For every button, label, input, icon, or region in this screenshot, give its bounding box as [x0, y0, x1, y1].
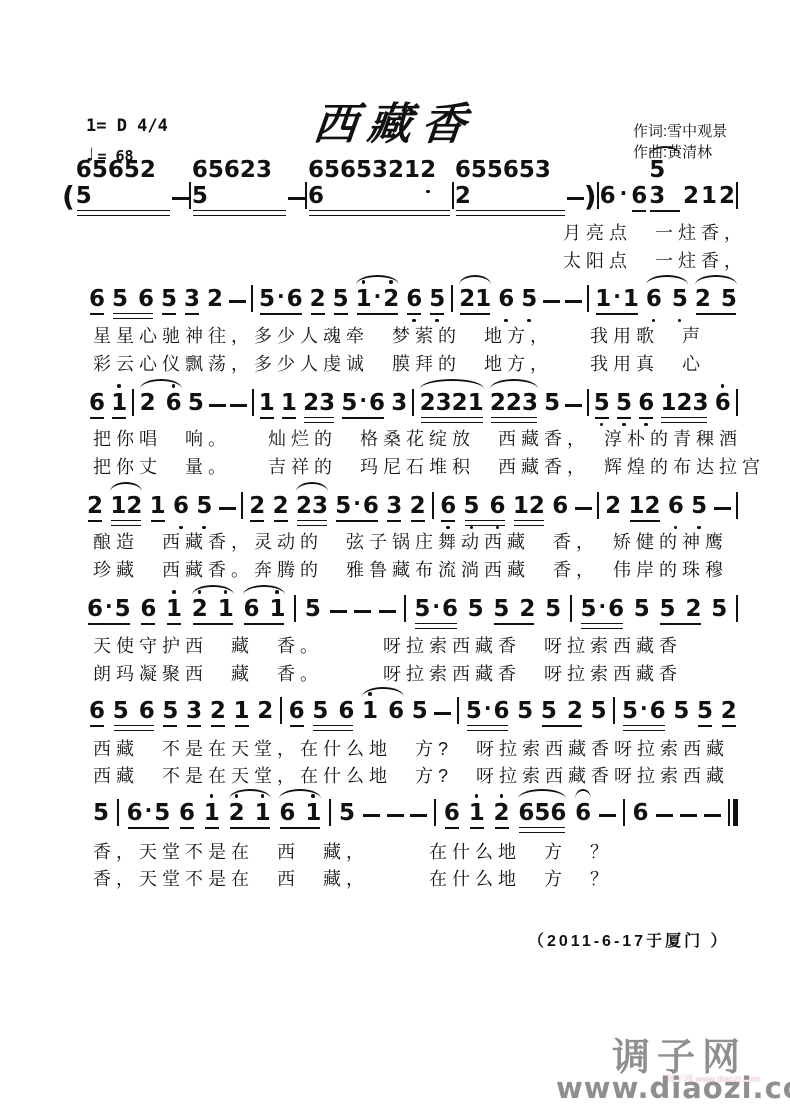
note-token: 23 [302, 390, 336, 416]
note-digit: 2 [683, 183, 699, 209]
note-token: 5 [92, 800, 110, 826]
sustain-dash [379, 610, 396, 613]
note-digit: 6 [369, 390, 385, 416]
note-digit: 5 [305, 596, 321, 622]
note-digit: 2 [249, 493, 265, 519]
note-token: 6 [497, 286, 515, 312]
note-digit: 5 [356, 157, 372, 183]
note-token: 3 [183, 286, 201, 312]
notation-line-7: 56·5612161561265666 [92, 798, 738, 826]
barline [280, 697, 282, 724]
note-digit: 1 [356, 286, 372, 312]
lyrics-line-2-verse-1: 星星心驰神往，多少人魂牵 梦萦的 地方， 我用歌 声 [93, 322, 705, 348]
note-digit: 6 [600, 183, 616, 209]
note-digit: 1 [255, 800, 271, 826]
note-digit: 2 [420, 390, 436, 416]
note-digit: 6 [608, 596, 624, 622]
note-digit: 6 [308, 157, 324, 183]
note-digit: 1 [623, 286, 639, 312]
note-digit: 3 [186, 698, 202, 724]
note-token: 2 [309, 286, 327, 312]
note-token: 6 [139, 596, 157, 622]
note-token: 5·6 [621, 698, 667, 724]
note-digit: 5 [487, 157, 503, 183]
sheet-music-page: { "header": { "title": "西藏香", "key_signa… [0, 0, 790, 1119]
note-digit: 1 [269, 596, 285, 622]
note-token: 1 [468, 800, 486, 826]
note-token: 5·6 [334, 493, 380, 519]
note-token: 6 [178, 800, 196, 826]
note-token: 2 [604, 493, 622, 519]
sustain-dash [219, 507, 236, 510]
date-annotation: （2011-6-17于厦门 ） [528, 928, 730, 951]
note-digit: 3 [256, 157, 272, 183]
note-token: 6 [599, 183, 617, 209]
note-token: 223 [489, 390, 539, 416]
note-digit: 3 [535, 157, 551, 183]
note-digit: 2 [383, 286, 399, 312]
note-digit: 2 [567, 698, 583, 724]
lyricist-credit: 作词:雪中观景 [633, 121, 727, 142]
barline [251, 285, 253, 312]
lyrics-line-1-verse-2: 太阳点 一炷香， [563, 247, 747, 273]
note-token: 6 [637, 390, 655, 416]
lyrics-line-4-verse-1: 酿造 西藏香，灵动的 弦子锅庄舞动西藏 香， 矫健的神鹰 [93, 528, 728, 554]
note-digit: 6 [89, 390, 105, 416]
note-token: 6·5 [126, 800, 172, 826]
note-digit: 5 [672, 286, 688, 312]
note-digit: 3 [692, 390, 708, 416]
note-digit: 6 [552, 493, 568, 519]
note-digit: 5 [697, 698, 713, 724]
dotted-note-dot: · [372, 283, 384, 309]
note-digit: 5 [112, 286, 128, 312]
note-token: 5·6 [579, 596, 625, 622]
note-digit: 6 [127, 800, 143, 826]
sustain-dash [230, 404, 247, 407]
note-token: 6 [172, 493, 190, 519]
barline [457, 697, 459, 724]
barline [736, 389, 738, 416]
note-digit: 6 [338, 698, 354, 724]
barline [597, 492, 599, 519]
note-digit: 5 [468, 596, 484, 622]
note-digit: 2 [455, 183, 471, 209]
note-digit: 1 [166, 596, 182, 622]
note-token: 3 [390, 390, 408, 416]
note-digit: 5 [534, 800, 550, 826]
sustain-dash [330, 610, 347, 613]
note-digit: 6 [89, 286, 105, 312]
note-digit: 1 [469, 800, 485, 826]
note-token: 52 [658, 596, 702, 622]
note-token: 6·5 [86, 596, 132, 622]
note-digit: 5 [339, 800, 355, 826]
note-digit: 6 [498, 286, 514, 312]
note-digit: 2 [310, 286, 326, 312]
note-digit: 1 [595, 286, 611, 312]
barline [587, 389, 589, 416]
note-digit: 1 [204, 800, 220, 826]
note-digit: 2 [506, 390, 522, 416]
note-digit: 1 [513, 493, 529, 519]
note-digit: 1 [362, 698, 378, 724]
note-token: 65 [645, 286, 689, 312]
note-token: 5 [428, 286, 446, 312]
note-digit: 5 [622, 698, 638, 724]
note-token: 2 [720, 698, 738, 724]
note-digit: 1 [305, 800, 321, 826]
note-digit: 2 [192, 596, 208, 622]
note-digit: 6 [668, 493, 684, 519]
note-token: 2 [86, 493, 104, 519]
note-digit: 6 [243, 596, 259, 622]
note-token: 656235 [191, 157, 288, 209]
note-digit: 5 [594, 390, 610, 416]
note-digit: 6 [279, 800, 295, 826]
note-digit: 5 [691, 493, 707, 519]
note-digit: 5 [312, 698, 328, 724]
sustain-dash [599, 814, 616, 817]
note-token: 6 [630, 183, 648, 209]
note-digit: 2 [229, 800, 245, 826]
note-digit: 2 [240, 157, 256, 183]
note-token: 5 [411, 698, 429, 724]
note-token: 6 [714, 390, 732, 416]
key-signature: 1= D 4/4 [86, 116, 168, 136]
barline [434, 799, 436, 826]
note-token: 5 [544, 596, 562, 622]
note-token: 5 [187, 390, 205, 416]
note-digit: 5 [466, 698, 482, 724]
note-token: 6 [405, 286, 423, 312]
note-token: 16 [361, 698, 405, 724]
lyrics-line-3-verse-2: 把你丈 量。 吉祥的 玛尼石堆积 西藏香， 辉煌的布达拉宫 [93, 453, 765, 479]
sustain-dash [387, 814, 404, 817]
note-digit: 5 [673, 698, 689, 724]
note-digit: 5 [208, 157, 224, 183]
note-digit: 6 [192, 157, 208, 183]
note-digit: 6 [166, 390, 182, 416]
note-digit: 5 [493, 596, 509, 622]
sustain-dash [229, 300, 246, 303]
barline [451, 285, 453, 312]
note-digit: 2 [140, 390, 156, 416]
note-digit: 6 [139, 698, 155, 724]
note-token: 6 [88, 286, 106, 312]
note-token: 2 [248, 493, 266, 519]
note-token: 5·6 [340, 390, 386, 416]
note-token: 5 [690, 493, 708, 519]
note-digit: 1 [475, 286, 491, 312]
note-token: 656 [517, 800, 567, 826]
note-token: 5 [332, 286, 350, 312]
note-digit: 5 [188, 390, 204, 416]
note-token: 2 [493, 800, 511, 826]
note-token: 21 [228, 800, 272, 826]
note-digit: 6 [224, 157, 240, 183]
note-digit: 5 [521, 286, 537, 312]
lyrics-line-4-verse-2: 珍藏 西藏香。奔腾的 雅鲁藏布流淌西藏 香， 伟岸的珠穆 [93, 556, 728, 582]
dotted-note-dot: · [482, 695, 494, 721]
dotted-note-dot: · [638, 695, 650, 721]
barline [404, 595, 406, 622]
note-digit: 6 [76, 157, 92, 183]
note-digit: 5 [580, 596, 596, 622]
intro-paren: ( [62, 184, 75, 209]
note-token: 6 [88, 390, 106, 416]
note-token: 5 [672, 698, 690, 724]
note-digit: 6 [173, 493, 189, 519]
note-digit: 5 [545, 596, 561, 622]
note-token: 2 [209, 698, 227, 724]
note-digit: 6 [179, 800, 195, 826]
lyrics-line-5-verse-2: 朗玛凝聚西 藏 香。 呀拉索西藏香 呀拉索西藏香 [93, 660, 682, 686]
note-token: 6 [632, 800, 650, 826]
note-digit: 1 [701, 183, 717, 209]
barline [329, 799, 331, 826]
note-digit: 1 [404, 157, 420, 183]
note-digit: 2 [410, 493, 426, 519]
note-digit: 6 [442, 596, 458, 622]
note-digit: 5 [541, 698, 557, 724]
note-digit: 2 [420, 157, 436, 183]
barline [132, 389, 134, 416]
note-token: 56 [311, 698, 355, 724]
watermark-site-url: www.diaozi.com [556, 1071, 790, 1105]
note-token: 5 [467, 596, 485, 622]
note-token: 6 [88, 698, 106, 724]
note-digit: 5 [517, 698, 533, 724]
note-token: 5 [195, 493, 213, 519]
dotted-note-dot: · [596, 593, 608, 619]
note-digit: 6 [444, 800, 460, 826]
note-digit: 3 [436, 390, 452, 416]
note-digit: 2 [695, 286, 711, 312]
sustain-dash [363, 814, 380, 817]
note-token: 5 [338, 800, 356, 826]
lyrics-line-6-verse-1: 西藏 不是在天堂，在什么地 方? 呀拉索西藏香呀拉索西藏 [93, 735, 729, 761]
note-digit: 2 [296, 493, 312, 519]
note-token: 5 [633, 596, 651, 622]
note-digit: 2 [303, 390, 319, 416]
note-token: 12 [512, 493, 546, 519]
note-token: 5 [696, 698, 714, 724]
note-digit: 5 [659, 596, 675, 622]
note-token: 21 [191, 596, 235, 622]
note-token: 6 [551, 493, 569, 519]
sustain-dash [543, 300, 560, 303]
note-digit: 3 [522, 390, 538, 416]
note-token: 5·6 [258, 286, 304, 312]
note-digit: 1 [259, 390, 275, 416]
note-token: 2 [718, 183, 736, 209]
note-digit: 3 [319, 390, 335, 416]
note-digit: 6 [493, 698, 509, 724]
dotted-note-dot: · [351, 490, 363, 516]
note-digit: 5 [93, 800, 109, 826]
note-digit: 5 [161, 286, 177, 312]
note-digit: 2 [721, 698, 737, 724]
note-digit: 2 [490, 390, 506, 416]
note-token: 5 [593, 390, 611, 416]
note-digit: 5 [616, 390, 632, 416]
notation-line-4: 21216522235·63265612621265 [86, 491, 738, 519]
note-digit: 2 [519, 596, 535, 622]
note-digit: 1 [234, 698, 250, 724]
note-token: 12 [109, 493, 143, 519]
note-digit: 5 [519, 157, 535, 183]
note-digit: 2 [605, 493, 621, 519]
note-token: 5 [516, 698, 534, 724]
note-digit: 2 [87, 493, 103, 519]
note-digit: 6 [638, 390, 654, 416]
note-token: 6 [439, 493, 457, 519]
sustain-dash [209, 404, 226, 407]
note-digit: 6 [108, 157, 124, 183]
note-digit: 2 [207, 286, 223, 312]
note-token: · [617, 183, 631, 209]
barline [252, 389, 254, 416]
note-digit: 6 [340, 157, 356, 183]
note-digit: 6 [550, 800, 566, 826]
lyrics-line-3-verse-1: 把你唱 响。 灿烂的 格桑花绽放 西藏香， 淳朴的青稞酒 [93, 425, 742, 451]
note-digit: 6 [363, 493, 379, 519]
note-token: 3 [385, 493, 403, 519]
note-digit: 6 [575, 800, 591, 826]
sustain-dash [714, 507, 731, 510]
note-digit: 2 [494, 800, 510, 826]
note-token: 53 [648, 157, 682, 209]
note-digit: 2 [210, 698, 226, 724]
barline [736, 492, 738, 519]
note-token: 2321 [419, 390, 485, 416]
note-digit: 6 [490, 493, 506, 519]
notation-line-5: 6·561216155·655255·65525 [86, 594, 738, 622]
sustain-dash [410, 814, 427, 817]
note-token: 123 [659, 390, 709, 416]
note-digit: 2 [645, 493, 661, 519]
note-digit: 3 [386, 493, 402, 519]
lyrics-line-2-verse-2: 彩云心仪飘荡，多少人虔诚 膜拜的 地方， 我用真 心 [93, 350, 705, 376]
note-token: 2 [256, 698, 274, 724]
note-token: 6 [443, 800, 461, 826]
note-digit: 6 [287, 286, 303, 312]
note-token: 5 [543, 390, 561, 416]
note-digit: 2 [388, 157, 404, 183]
note-token: 5 [520, 286, 538, 312]
sustain-dash [680, 814, 697, 817]
note-token: 1 [233, 698, 251, 724]
note-token: 1 [110, 390, 128, 416]
note-digit: 6 [715, 390, 731, 416]
note-token: 5 [304, 596, 322, 622]
note-token: 5·6 [465, 698, 511, 724]
barline [412, 389, 414, 416]
note-digit: 5 [92, 157, 108, 183]
dotted-note-dot: · [275, 283, 287, 309]
note-digit: 1 [660, 390, 676, 416]
barline [623, 799, 625, 826]
note-token: 1 [280, 390, 298, 416]
note-token: 6556532 [454, 157, 567, 209]
note-digit: 6 [140, 596, 156, 622]
note-digit: 5 [162, 698, 178, 724]
note-digit: 6 [308, 183, 324, 209]
lyrics-line-7-verse-2: 香，天堂不是在 西 藏， 在什么地 方 ？ [93, 865, 613, 891]
dotted-note-dot: · [103, 593, 115, 619]
note-token: 5·6 [413, 596, 459, 622]
note-digit: 5 [124, 157, 140, 183]
dotted-note-dot: · [611, 283, 623, 309]
notation-line-6: 656532126561655·655255·6552 [88, 696, 738, 724]
notation-line-2: 6565325·6251·26521651·16525 [88, 284, 738, 312]
barline [117, 799, 119, 826]
note-token: 52 [492, 596, 536, 622]
lyrics-line-6-verse-2: 西藏 不是在天堂，在什么地 方? 呀拉索西藏香呀拉索西藏 [93, 762, 729, 788]
note-digit: 5 [192, 183, 208, 209]
note-token: 1 [165, 596, 183, 622]
note-digit: 2 [452, 390, 468, 416]
note-digit: 6 [631, 183, 647, 209]
note-token: 56 [463, 493, 507, 519]
note-digit: 1 [468, 390, 484, 416]
note-digit: 6 [455, 157, 471, 183]
note-digit: 6 [138, 286, 154, 312]
sustain-dash [704, 814, 721, 817]
note-digit: 1 [281, 390, 297, 416]
intro-paren: ) [584, 184, 597, 209]
note-token: 12 [628, 493, 662, 519]
note-digit: 5 [196, 493, 212, 519]
lyrics-line-1-verse-1: 月亮点 一炷香， [563, 219, 747, 245]
note-token: 5 [590, 698, 608, 724]
note-digit: 5 [544, 390, 560, 416]
note-token: 3 [185, 698, 203, 724]
note-digit: 5 [259, 286, 275, 312]
note-token: 2 [272, 493, 290, 519]
note-digit: 1 [150, 493, 166, 519]
note-digit: 5 [76, 183, 92, 209]
note-digit: 6 [518, 800, 534, 826]
barline [736, 595, 738, 622]
note-digit: 5 [115, 596, 131, 622]
note-digit: 6 [440, 493, 456, 519]
barline [736, 182, 738, 209]
note-digit: 5 [341, 390, 357, 416]
note-digit: 1 [629, 493, 645, 519]
dotted-note-dot: · [357, 387, 369, 413]
note-digit: 2 [459, 286, 475, 312]
sustain-dash [565, 300, 582, 303]
note-digit: 5 [113, 698, 129, 724]
note-digit: 3 [184, 286, 200, 312]
note-digit: 5 [429, 286, 445, 312]
note-digit: 2 [676, 390, 692, 416]
note-digit: 3 [391, 390, 407, 416]
barline [570, 595, 572, 622]
note-digit: 6 [89, 698, 105, 724]
note-token: 21 [458, 286, 492, 312]
note-digit: 5 [335, 493, 351, 519]
note-digit: 2 [140, 157, 156, 183]
note-digit: 5 [649, 157, 665, 183]
note-digit: 5 [154, 800, 170, 826]
note-digit: 3 [649, 183, 665, 209]
note-digit: 2 [686, 596, 702, 622]
note-digit: 5 [412, 698, 428, 724]
note-digit: 3 [312, 493, 328, 519]
